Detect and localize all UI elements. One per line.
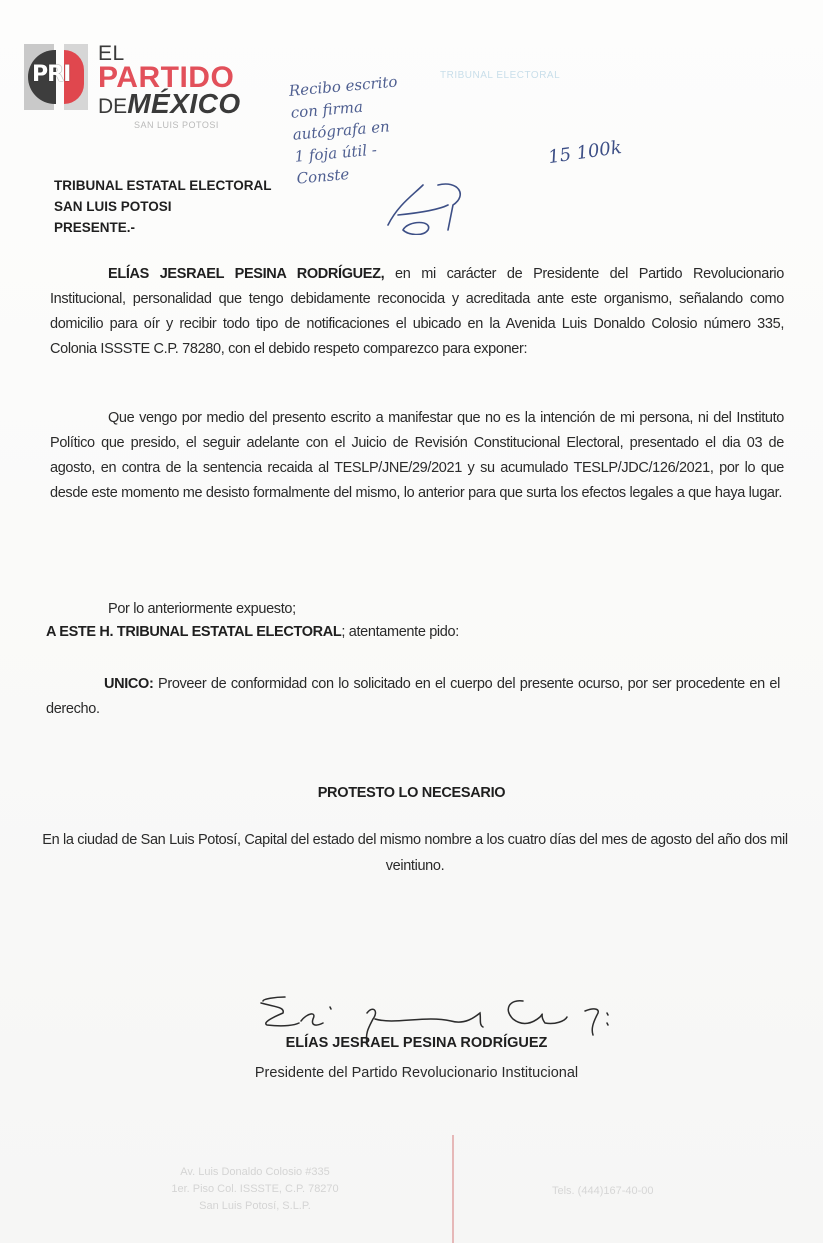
withdrawal-paragraph: Que vengo por medio del presento escrito… xyxy=(50,406,784,506)
footer-address-line: Av. Luis Donaldo Colosio #335 xyxy=(140,1164,370,1181)
addressee-line: PRESENTE.- xyxy=(54,217,314,238)
protesto-heading: PROTESTO LO NECESARIO xyxy=(0,785,823,801)
tribunal-reference: A ESTE H. TRIBUNAL ESTATAL ELECTORAL xyxy=(46,624,341,640)
addressee-line: SAN LUIS POTOSI xyxy=(54,196,314,217)
handwritten-side-note: 15 100k xyxy=(547,137,623,168)
intro-paragraph: ELÍAS JESRAEL PESINA RODRÍGUEZ, en mi ca… xyxy=(50,262,784,362)
signer-title: Presidente del Partido Revolucionario In… xyxy=(0,1065,823,1081)
unico-paragraph: UNICO: Proveer de conformidad con lo sol… xyxy=(46,672,780,722)
request-text: ; atentamente pido: xyxy=(341,624,459,640)
logo-line-mexico: MÉXICO xyxy=(127,92,240,116)
unico-text: Proveer de conformidad con lo solicitado… xyxy=(46,676,780,717)
footer-address-line: 1er. Piso Col. ISSSTE, C.P. 78270 xyxy=(140,1181,370,1198)
document-page: PRI EL PARTIDO DEMÉXICO SAN LUIS POTOSI … xyxy=(0,0,823,1243)
logo-mark-letters: PRI xyxy=(32,62,84,92)
petitioner-name: ELÍAS JESRAEL PESINA RODRÍGUEZ, xyxy=(108,266,384,282)
signer-name: ELÍAS JESRAEL PESINA RODRÍGUEZ xyxy=(0,1035,823,1051)
addressee-line: TRIBUNAL ESTATAL ELECTORAL xyxy=(54,175,314,196)
withdrawal-text: Que vengo por medio del presento escrito… xyxy=(50,410,784,501)
request-paragraph: A ESTE H. TRIBUNAL ESTATAL ELECTORAL; at… xyxy=(46,620,780,645)
place-date-text: En la ciudad de San Luis Potosí, Capital… xyxy=(40,827,790,879)
logo-line-de: DE xyxy=(98,95,127,119)
footer-divider xyxy=(452,1135,454,1243)
receipt-stamp: TRIBUNAL ELECTORAL xyxy=(440,70,640,130)
addressee-block: TRIBUNAL ESTATAL ELECTORAL SAN LUIS POTO… xyxy=(54,175,314,238)
handwritten-initials-icon xyxy=(378,175,478,235)
footer-address-line: San Luis Potosí, S.L.P. xyxy=(140,1198,370,1215)
footer-address: Av. Luis Donaldo Colosio #335 1er. Piso … xyxy=(140,1164,370,1215)
premise-text: Por lo anteriormente expuesto; xyxy=(108,601,296,617)
handwritten-receipt-note: Recibo escrito con firma autógrafa en 1 … xyxy=(288,67,447,190)
premise-paragraph: Por lo anteriormente expuesto; xyxy=(50,597,784,622)
pri-emblem-icon: PRI xyxy=(24,44,88,110)
logo-subtitle: SAN LUIS POTOSI xyxy=(134,120,274,130)
logo-wordmark: EL PARTIDO DEMÉXICO xyxy=(98,44,268,119)
party-logo: PRI EL PARTIDO DEMÉXICO SAN LUIS POTOSI xyxy=(24,44,264,134)
footer-phone: Tels. (444)167-40-00 xyxy=(552,1185,702,1197)
unico-label: UNICO: xyxy=(104,676,153,692)
